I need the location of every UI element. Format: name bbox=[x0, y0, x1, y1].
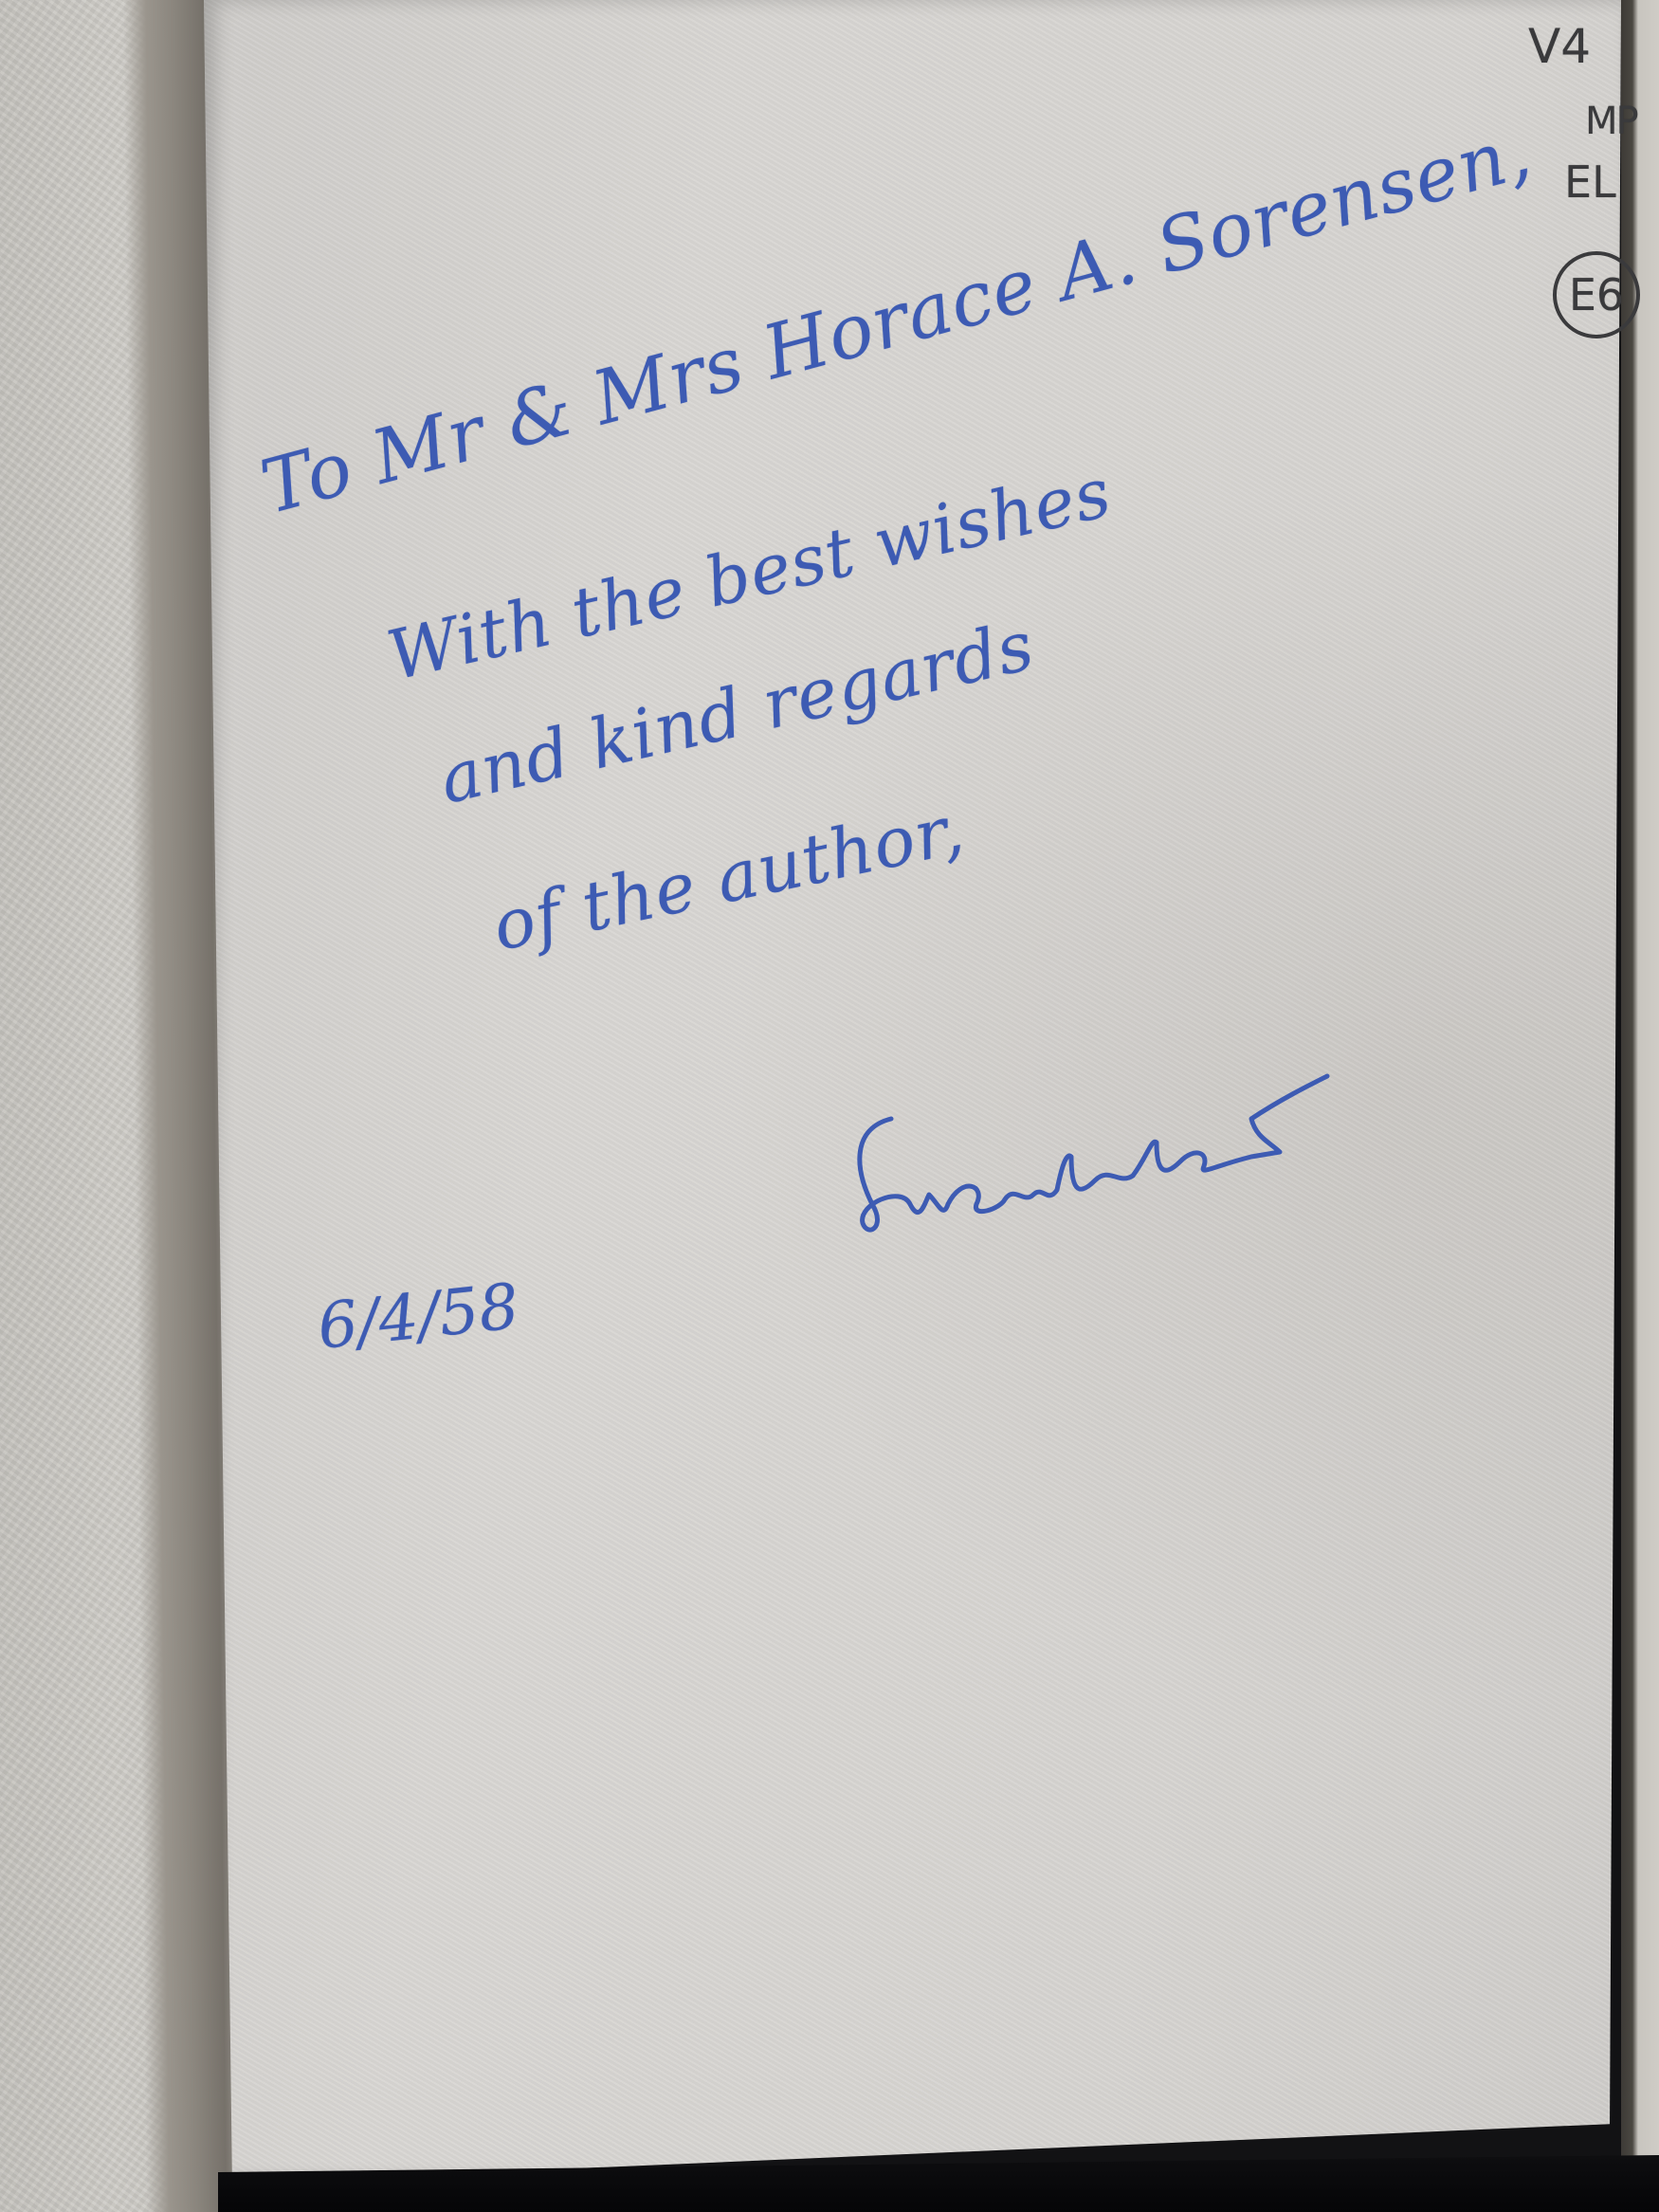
circled-mark-text: E6 bbox=[1569, 269, 1624, 320]
author-signature bbox=[834, 1062, 1498, 1233]
pencil-mark-circled-e6: E6 bbox=[1553, 251, 1640, 338]
pencil-mark-el: EL bbox=[1564, 156, 1616, 208]
book-photo: V4 MP EL E6 To Mr & Mrs Horace A. Sorens… bbox=[0, 0, 1659, 2212]
pencil-mark-mp: MP bbox=[1585, 100, 1637, 143]
pencil-mark-v4: V4 bbox=[1528, 19, 1591, 74]
